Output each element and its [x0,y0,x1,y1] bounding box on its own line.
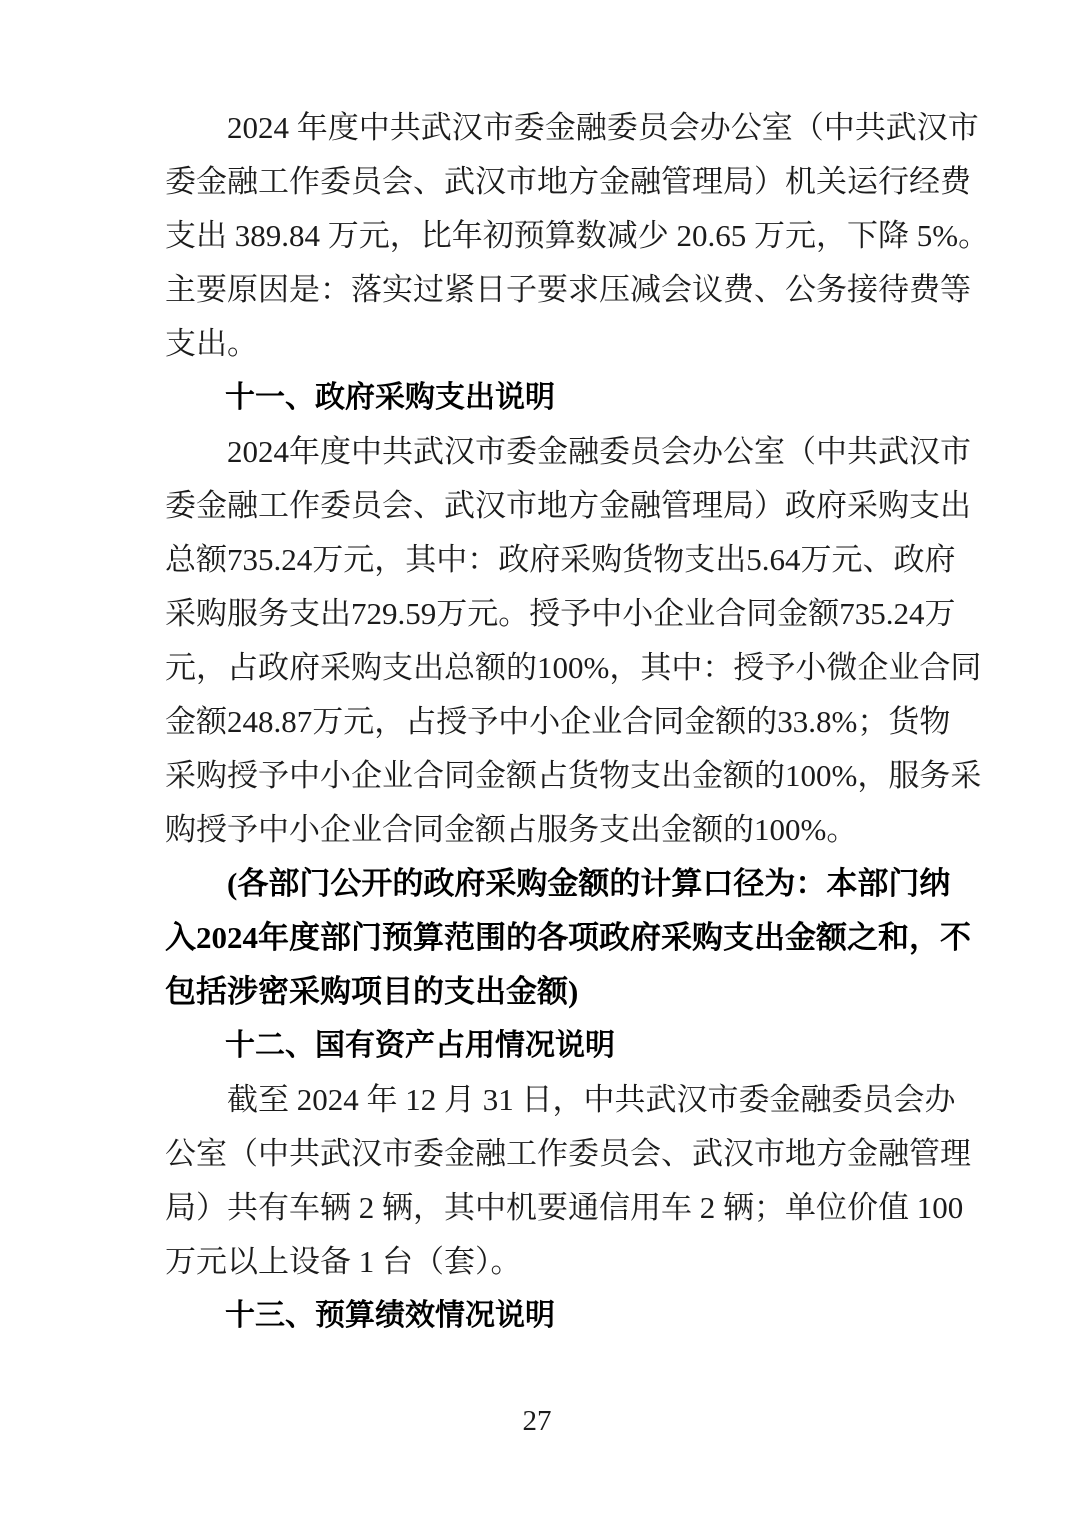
text-line: 采购服务支出729.59万元。授予中小企业合同金额735.24万 [165,587,917,641]
text-line: 元，占政府采购支出总额的100%，其中：授予小微企业合同 [165,641,917,695]
heading-13-budget-performance: 十三、预算绩效情况说明 [165,1289,917,1343]
text-line: 万元以上设备 1 台（套）。 [165,1235,917,1289]
text-line: 委金融工作委员会、武汉市地方金融管理局）机关运行经费 [165,155,917,209]
text-line: 支出。 [165,317,917,371]
text-line: 公室（中共武汉市委金融工作委员会、武汉市地方金融管理 [165,1127,917,1181]
text-line: 主要原因是：落实过紧日子要求压减会议费、公务接待费等 [165,263,917,317]
text-line: 十一、政府采购支出说明 [165,371,917,425]
heading-12-state-assets: 十二、国有资产占用情况说明 [165,1019,917,1073]
text-line: 采购授予中小企业合同金额占货物支出金额的100%，服务采 [165,749,917,803]
page-number: 27 [0,1404,1074,1438]
text-line: 包括涉密采购项目的支出金额) [165,965,917,1019]
para-agency-operating-expense: 2024 年度中共武汉市委金融委员会办公室（中共武汉市委金融工作委员会、武汉市地… [165,101,917,371]
text-line: 截至 2024 年 12 月 31 日，中共武汉市委金融委员会办 [165,1073,917,1127]
text-line: 2024 年度中共武汉市委金融委员会办公室（中共武汉市 [165,101,917,155]
heading-11-gov-procurement: 十一、政府采购支出说明 [165,371,917,425]
text-line: 金额248.87万元，占授予中小企业合同金额的33.8%；货物 [165,695,917,749]
text-line: 十二、国有资产占用情况说明 [165,1019,917,1073]
para-gov-procurement-details: 2024年度中共武汉市委金融委员会办公室（中共武汉市委金融工作委员会、武汉市地方… [165,425,917,857]
text-line: 委金融工作委员会、武汉市地方金融管理局）政府采购支出 [165,479,917,533]
text-line: 总额735.24万元，其中：政府采购货物支出5.64万元、政府 [165,533,917,587]
document-page: 2024 年度中共武汉市委金融委员会办公室（中共武汉市委金融工作委员会、武汉市地… [0,0,1074,1520]
para-procurement-caliber-note: (各部门公开的政府采购金额的计算口径为：本部门纳入2024年度部门预算范围的各项… [165,857,917,1019]
text-line: 十三、预算绩效情况说明 [165,1289,917,1343]
text-line: 购授予中小企业合同金额占服务支出金额的100%。 [165,803,917,857]
text-line: (各部门公开的政府采购金额的计算口径为：本部门纳 [165,857,917,911]
para-state-assets-details: 截至 2024 年 12 月 31 日，中共武汉市委金融委员会办公室（中共武汉市… [165,1073,917,1289]
text-line: 局）共有车辆 2 辆，其中机要通信用车 2 辆；单位价值 100 [165,1181,917,1235]
text-line: 入2024年度部门预算范围的各项政府采购支出金额之和，不 [165,911,917,965]
text-line: 支出 389.84 万元，比年初预算数减少 20.65 万元，下降 5%。 [165,209,917,263]
document-content: 2024 年度中共武汉市委金融委员会办公室（中共武汉市委金融工作委员会、武汉市地… [165,101,917,1343]
text-line: 2024年度中共武汉市委金融委员会办公室（中共武汉市 [165,425,917,479]
